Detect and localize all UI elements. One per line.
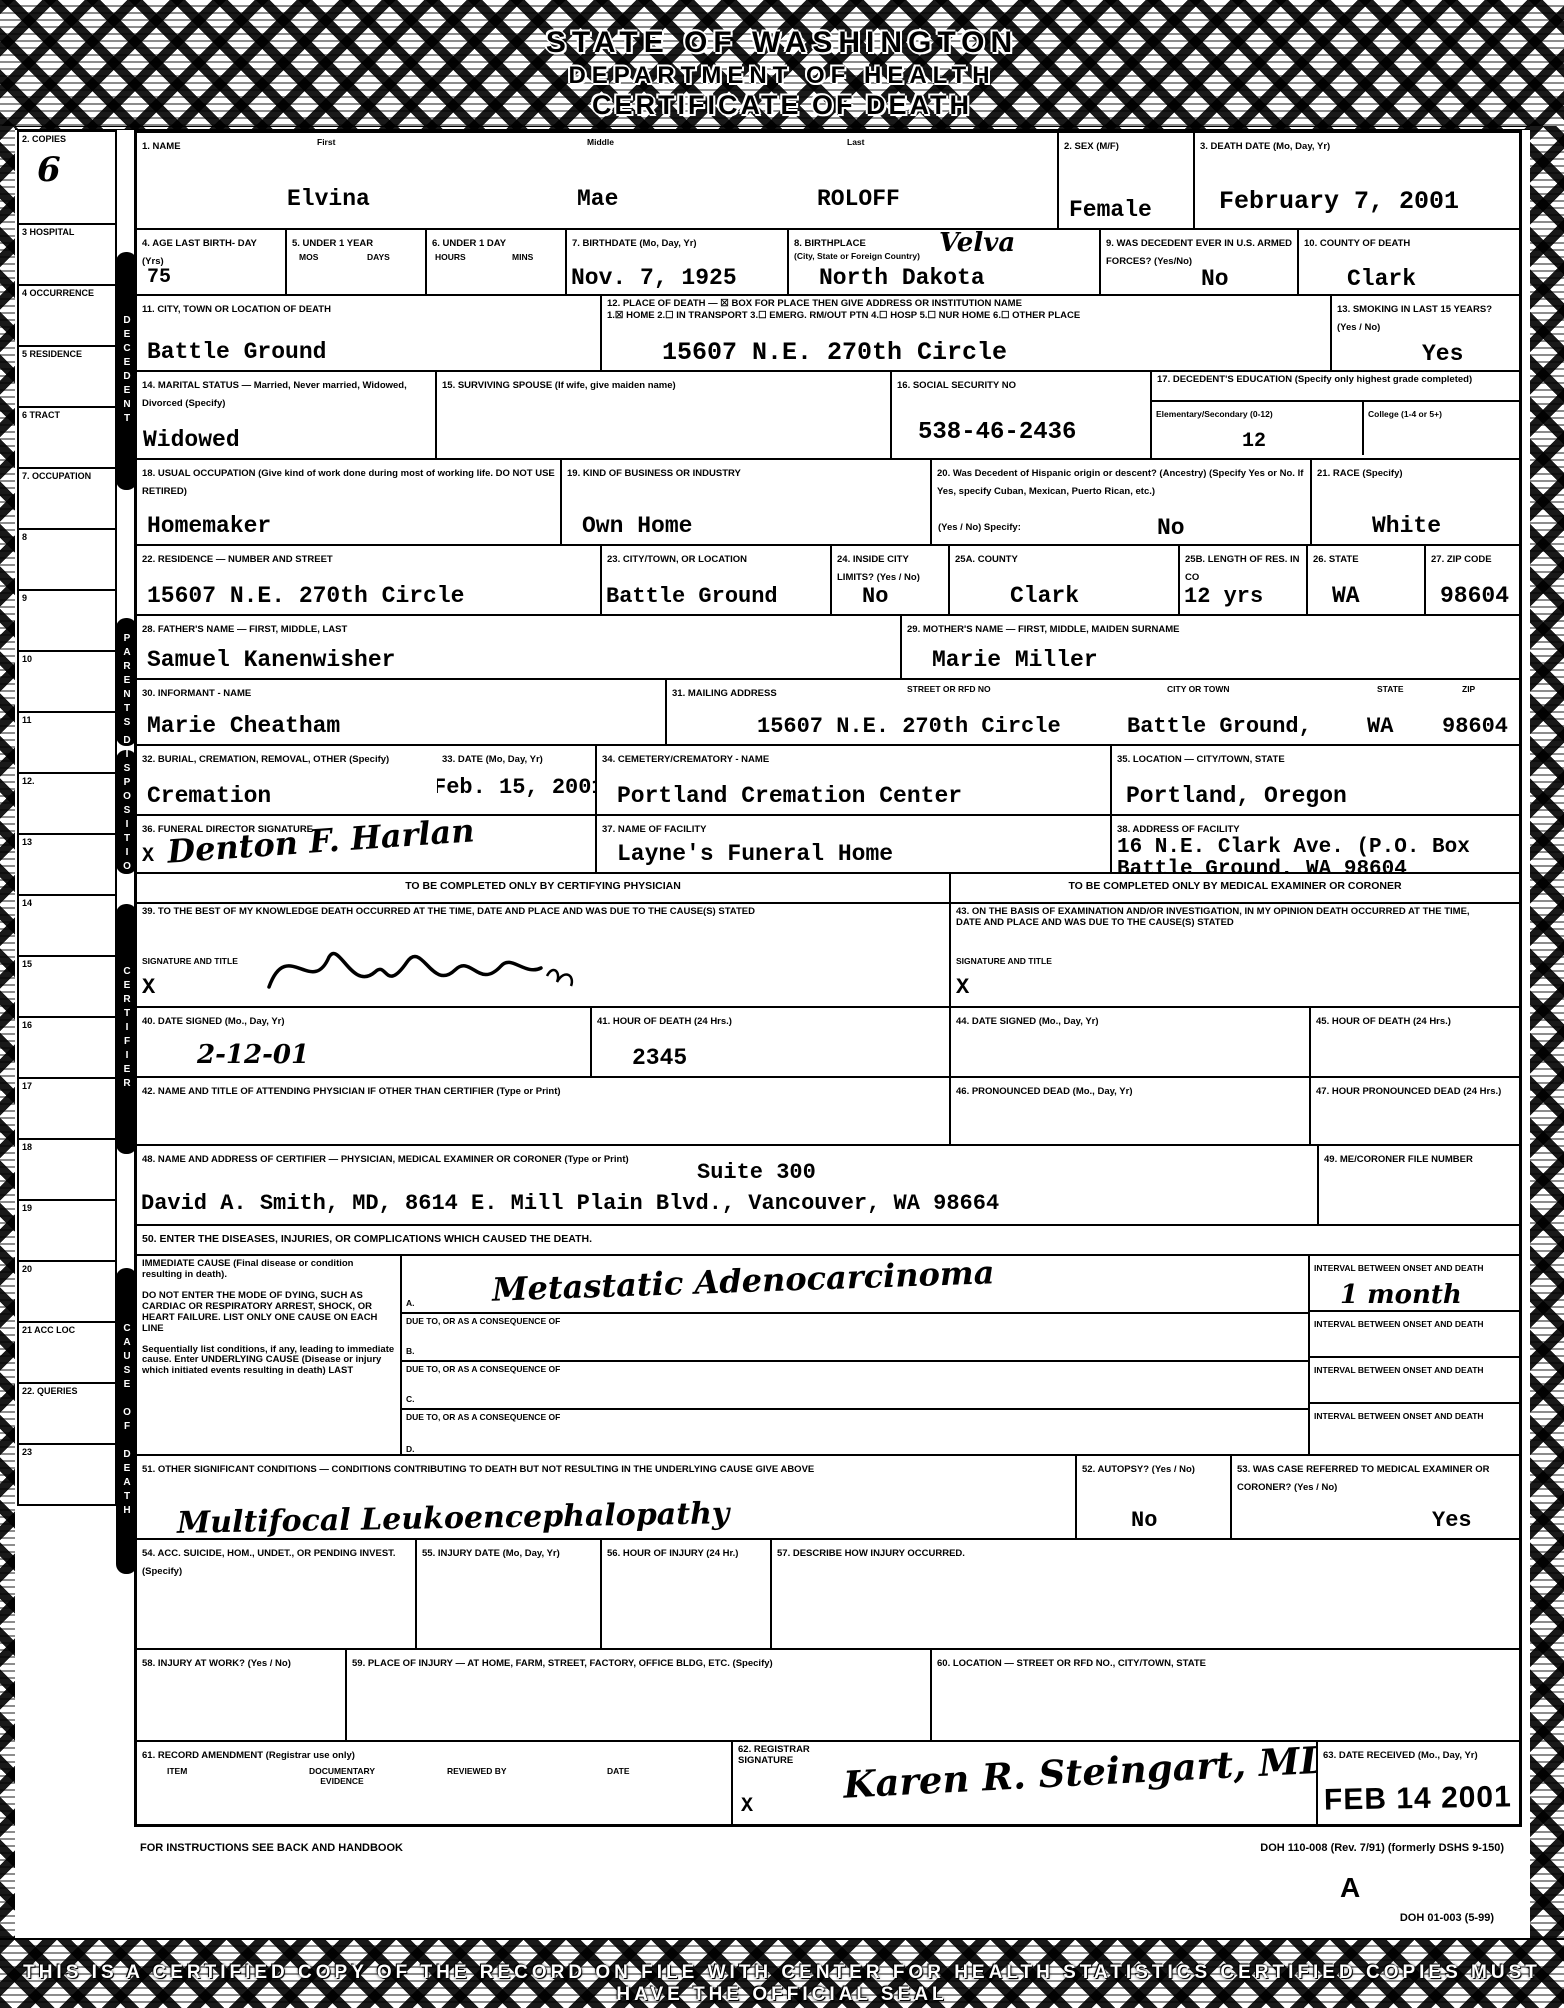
field-mailing-address: 31. MAILING ADDRESS STREET OR RFD NO CIT… [667,680,1519,744]
margin-box-17: 17 [17,1079,117,1140]
marital-status-value: Widowed [143,427,240,453]
margin-box-16: 16 [17,1018,117,1079]
name-first-sublabel: First [317,137,335,147]
birthplace-value: North Dakota [819,265,985,291]
field-sex: 2. SEX (M/F) Female [1059,133,1195,228]
interval-box-b: INTERVAL BETWEEN ONSET AND DEATH [1310,1312,1519,1358]
field-pronounced-dead: 46. PRONOUNCED DEAD (Mo., Day, Yr) [951,1078,1311,1144]
field-place-of-death: 12. PLACE OF DEATH — ☒ BOX FOR PLACE THE… [602,296,1332,370]
ornamental-border-bottom: THIS IS A CERTIFIED COPY OF THE RECORD O… [0,1938,1564,2008]
field-disposition-date: 33. DATE (Mo, Day, Yr) Feb. 15, 2001 [437,746,597,814]
mailing-state-value: WA [1367,714,1393,739]
smoking-value: Yes [1422,341,1463,367]
name-first-value: Elvina [287,186,370,212]
under1yr-days-sublabel: DAYS [367,252,390,262]
residence-street-value: 15607 N.E. 270th Circle [147,583,464,609]
amendment-evidence-sublabel: DOCUMENTARY EVIDENCE [287,1766,397,1786]
field-date-signed-physician: 40. DATE SIGNED (Mo., Day, Yr) 2-12-01 [137,1008,592,1076]
place-of-death-address-value: 15607 N.E. 270th Circle [662,338,1007,367]
field-injury-date: 55. INJURY DATE (Mo, Day, Yr) [417,1540,602,1648]
amendment-reviewed-sublabel: REVIEWED BY [447,1766,507,1776]
section-bar-cause-of-death: CAUSE OF DEATH [116,1268,137,1574]
certificate-title: CERTIFICATE OF DEATH [0,90,1564,121]
field-residence-state: 26. STATE WA [1308,546,1426,614]
margin-box-19: 19 [17,1201,117,1262]
cause-line-d: DUE TO, OR AS A CONSEQUENCE OF D. [402,1410,1308,1454]
field-certifier-name-address: 48. NAME AND ADDRESS OF CERTIFIER — PHYS… [137,1146,1319,1224]
interval-box-d: INTERVAL BETWEEN ONSET AND DEATH [1310,1404,1519,1452]
interval-column: INTERVAL BETWEEN ONSET AND DEATH 1 month… [1310,1256,1519,1454]
field-county-of-death: 10. COUNTY OF DEATH Clark [1299,230,1519,294]
name-last-value: ROLOFF [817,186,900,212]
field-facility-name: 37. NAME OF FACILITY Layne's Funeral Hom… [597,816,1112,872]
cause-line-b: DUE TO, OR AS A CONSEQUENCE OF B. [402,1314,1308,1362]
field-place-of-injury: 59. PLACE OF INJURY — AT HOME, FARM, STR… [347,1650,932,1740]
cause-line-b-letter: B. [406,1346,415,1356]
field-cemetery-crematory: 34. CEMETERY/CREMATORY - NAME Portland C… [597,746,1112,814]
band-certifying-physician: TO BE COMPLETED ONLY BY CERTIFYING PHYSI… [137,874,951,902]
instructions-note: FOR INSTRUCTIONS SEE BACK AND HANDBOOK [140,1842,403,1854]
form-number: DOH 110-008 (Rev. 7/91) (formerly DSHS 9… [1260,1842,1504,1854]
field-education: 17. DECEDENT'S EDUCATION (Specify only h… [1152,372,1519,458]
margin-box-accloc: 21 ACC LOC [17,1323,117,1384]
field-informant: 30. INFORMANT - NAME Marie Cheatham [137,680,667,744]
field-date-received: 63. DATE RECEIVED (Mo., Day, Yr) FEB 14 … [1318,1742,1519,1824]
field-surviving-spouse: 15. SURVIVING SPOUSE (If wife, give maid… [437,372,892,458]
education-elementary: Elementary/Secondary (0-12) 12 [1152,402,1364,455]
father-name-value: Samuel Kanenwisher [147,647,395,673]
margin-box-13: 13 [17,835,117,896]
mailing-street-sublabel: STREET OR RFD NO [907,684,991,694]
margin-box-23: 23 [17,1445,117,1506]
field-hour-of-death: 41. HOUR OF DEATH (24 Hrs.) 2345 [592,1008,951,1076]
field-smoking: 13. SMOKING IN LAST 15 YEARS? (Yes / No)… [1332,296,1519,370]
field-me-coroner-file-number: 49. ME/CORONER FILE NUMBER [1319,1146,1519,1224]
mailing-state-sublabel: STATE [1377,684,1404,694]
field-zip: 27. ZIP CODE 98604 [1426,546,1519,614]
sex-value: Female [1069,197,1152,223]
field-armed-forces: 9. WAS DECEDENT EVER IN U.S. ARMED FORCE… [1101,230,1299,294]
field-age: 4. AGE LAST BIRTH- DAY (Yrs) 75 [137,230,287,294]
field-birthdate: 7. BIRTHDATE (Mo, Day, Yr) Nov. 7, 1925 [567,230,789,294]
field-coroner-certification: 43. ON THE BASIS OF EXAMINATION AND/OR I… [951,904,1519,1006]
field-facility-address: 38. ADDRESS OF FACILITY 16 N.E. Clark Av… [1112,816,1519,872]
residence-state-value: WA [1332,583,1360,609]
margin-box-8: 8 [17,530,117,591]
section-bar-parents: PARENTS [116,618,137,746]
margin-box-14: 14 [17,896,117,957]
city-of-death-value: Battle Ground [147,339,326,365]
field-registrar-signature: 62. REGISTRAR SIGNATURE X Karen R. Stein… [733,1742,1318,1824]
cemetery-crematory-value: Portland Cremation Center [617,783,962,809]
ornamental-border-right [1530,126,1564,1938]
field-ssn: 16. SOCIAL SECURITY NO 538-46-2436 [892,372,1152,458]
state-title: STATE OF WASHINGTON [0,26,1564,60]
margin-box-residence: 5 RESIDENCE [17,347,117,408]
ornamental-border-left [0,126,15,1938]
cause-line-a: A. Metastatic Adenocarcinoma [402,1256,1308,1314]
race-value: White [1372,513,1441,539]
interval-box-a: INTERVAL BETWEEN ONSET AND DEATH 1 month [1310,1256,1519,1312]
cause-line-d-letter: D. [406,1444,415,1454]
coroner-signature-sublabel: SIGNATURE AND TITLE [956,956,1052,966]
field-father-name: 28. FATHER'S NAME — FIRST, MIDDLE, LAST … [137,616,902,678]
coroner-x-mark: X [956,975,969,1000]
physician-signature-sublabel: SIGNATURE AND TITLE [142,956,238,966]
under1yr-mos-sublabel: MOS [299,252,318,262]
funeral-director-x-mark: X [142,845,154,868]
certificate-form: 1. NAME First Middle Last Elvina Mae ROL… [134,130,1522,1827]
physician-x-mark: X [142,975,155,1000]
disposition-type-value: Cremation [147,783,271,809]
margin-box-copies: 2. COPIES6 [17,130,117,225]
field-cause-of-death-header: 50. ENTER THE DISEASES, INJURIES, OR COM… [137,1226,1519,1254]
registrar-x-mark: X [741,1795,753,1818]
other-significant-conditions-value: Multifocal Leukoencephalopathy [177,1496,730,1538]
section-bar-disposition: DISPOSITION [116,750,137,874]
mailing-city-value: Battle Ground, [1127,714,1312,739]
date-signed-physician-value: 2-12-01 [197,1040,309,1070]
due-to-label-d: DUE TO, OR AS A CONSEQUENCE OF [402,1410,1308,1424]
mailing-street-value: 15607 N.E. 270th Circle [757,714,1061,739]
page-letter: A [1340,1872,1360,1904]
county-of-death-value: Clark [1347,266,1416,292]
field-attending-physician: 42. NAME AND TITLE OF ATTENDING PHYSICIA… [137,1078,951,1144]
field-disposition-type: 32. BURIAL, CREMATION, REMOVAL, OTHER (S… [137,746,437,814]
cause-line-a-value: Metastatic Adenocarcinoma [491,1256,995,1309]
name-last-sublabel: Last [847,137,864,147]
field-hour-of-death-coroner: 45. HOUR OF DEATH (24 Hrs.) [1311,1008,1519,1076]
field-case-referred: 53. WAS CASE REFERRED TO MEDICAL EXAMINE… [1232,1456,1519,1538]
cause-line-c-letter: C. [406,1394,415,1404]
facility-name-value: Layne's Funeral Home [617,841,893,867]
place-of-death-options: 1.☒ HOME 2.☐ IN TRANSPORT 3.☐ EMERG. RM/… [607,311,1325,322]
margin-box-tract: 6 TRACT [17,408,117,469]
margin-box-18: 18 [17,1140,117,1201]
field-city-of-death: 11. CITY, TOWN OR LOCATION OF DEATH Batt… [137,296,602,370]
hispanic-origin-value: No [1157,515,1185,541]
field-race: 21. RACE (Specify) White [1312,460,1519,544]
birthplace-city-handwritten: Velva [939,230,1015,258]
age-value: 75 [147,266,171,289]
field-funeral-director-signature: 36. FUNERAL DIRECTOR SIGNATURE X Denton … [137,816,597,872]
field-hispanic-origin: 20. Was Decedent of Hispanic origin or d… [932,460,1312,544]
field-other-significant-conditions: 51. OTHER SIGNIFICANT CONDITIONS — CONDI… [137,1456,1077,1538]
field-residence-street: 22. RESIDENCE — NUMBER AND STREET 15607 … [137,546,602,614]
field-inside-city-limits: 24. INSIDE CITY LIMITS? (Yes / No) No [832,546,950,614]
hispanic-specify-sublabel: (Yes / No) Specify: [938,523,1021,534]
due-to-label-c: DUE TO, OR AS A CONSEQUENCE OF [402,1362,1308,1376]
armed-forces-value: No [1201,266,1229,292]
margin-box-9: 9 [17,591,117,652]
name-middle-sublabel: Middle [587,137,614,147]
residence-city-value: Battle Ground [606,584,778,609]
education-elementary-value: 12 [1242,430,1266,453]
facility-address-line2: Battle Ground, WA 98604 [1117,859,1514,872]
margin-box-occurrence: 4 OCCURRENCE [17,286,117,347]
field-autopsy: 52. AUTOPSY? (Yes / No) No [1077,1456,1232,1538]
field-business-industry: 19. KIND OF BUSINESS OR INDUSTRY Own Hom… [562,460,932,544]
margin-box-15: 15 [17,957,117,1018]
due-to-label-b: DUE TO, OR AS A CONSEQUENCE OF [402,1314,1308,1328]
length-of-residence-value: 12 yrs [1184,584,1263,609]
margin-box-20: 20 [17,1262,117,1323]
business-industry-value: Own Home [582,513,692,539]
margin-box-hospital: 3 HOSPITAL [17,225,117,286]
name-middle-value: Mae [577,186,618,212]
margin-box-12: 12. [17,774,117,835]
facility-address-line1: 16 N.E. Clark Ave. (P.O. Box [1117,837,1514,859]
interval-box-c: INTERVAL BETWEEN ONSET AND DEATH [1310,1358,1519,1404]
birthdate-value: Nov. 7, 1925 [571,265,737,291]
cause-line-a-letter: A. [406,1298,415,1308]
department-title: DEPARTMENT OF HEALTH [0,62,1564,90]
registrar-margin-column: 2. COPIES6 3 HOSPITAL 4 OCCURRENCE 5 RES… [17,130,117,1506]
field-physician-certification: 39. TO THE BEST OF MY KNOWLEDGE DEATH OC… [137,904,951,1006]
field-marital-status: 14. MARITAL STATUS — Married, Never marr… [137,372,437,458]
doc-number: DOH 01-003 (5-99) [1400,1912,1494,1924]
margin-box-11: 11 [17,713,117,774]
hour-of-death-value: 2345 [632,1045,687,1071]
mailing-zip-sublabel: ZIP [1462,684,1475,694]
under1day-mins-sublabel: MINS [512,252,533,262]
field-under-1-year: 5. UNDER 1 YEAR MOS DAYS [287,230,427,294]
field-mother-name: 29. MOTHER'S NAME — FIRST, MIDDLE, MAIDE… [902,616,1519,678]
sequential-note: Sequentially list conditions, if any, le… [142,1345,395,1378]
ornamental-border-top: STATE OF WASHINGTON DEPARTMENT OF HEALTH… [0,0,1564,130]
field-injury-at-work: 58. INJURY AT WORK? (Yes / No) [137,1650,347,1740]
section-bar-certifier: CERTIFIER [116,904,137,1154]
mailing-city-sublabel: CITY OR TOWN [1167,684,1230,694]
mode-of-dying-note: DO NOT ENTER THE MODE OF DYING, SUCH AS … [142,1291,395,1335]
copies-count: 6 [37,150,61,190]
disposition-location-value: Portland, Oregon [1126,783,1347,809]
education-college: College (1-4 or 5+) [1364,402,1519,455]
autopsy-value: No [1131,1508,1157,1533]
registrar-signature-value: Karen R. Steingart, MD [842,1742,1318,1807]
death-date-value: February 7, 2001 [1219,187,1459,216]
field-how-injury-occurred: 57. DESCRIBE HOW INJURY OCCURRED. [772,1540,1519,1648]
immediate-cause-note: IMMEDIATE CAUSE (Final disease or condit… [142,1259,395,1281]
cause-instructions-column: IMMEDIATE CAUSE (Final disease or condit… [137,1256,402,1454]
death-certificate-page: STATE OF WASHINGTON DEPARTMENT OF HEALTH… [0,0,1564,2008]
field-hour-pronounced-dead: 47. HOUR PRONOUNCED DEAD (24 Hrs.) [1311,1078,1519,1144]
field-residence-city: 23. CITY/TOWN, OR LOCATION Battle Ground [602,546,832,614]
field-name: 1. NAME First Middle Last Elvina Mae ROL… [137,133,1059,228]
interval-a-value: 1 month [1340,1280,1462,1310]
field-usual-occupation: 18. USUAL OCCUPATION (Give kind of work … [137,460,562,544]
amendment-date-sublabel: DATE [607,1766,630,1776]
margin-box-queries: 22. QUERIES [17,1384,117,1445]
certified-copy-band-text: THIS IS A CERTIFIED COPY OF THE RECORD O… [0,1962,1564,2006]
mother-name-value: Marie Miller [932,647,1098,673]
field-manner-of-death: 54. ACC. SUICIDE, HOM., UNDET., OR PENDI… [137,1540,417,1648]
case-referred-value: Yes [1432,1508,1472,1533]
residence-county-value: Clark [1010,583,1079,609]
field-under-1-day: 6. UNDER 1 DAY HOURS MINS [427,230,567,294]
date-received-stamp: FEB 14 2001 [1324,1780,1512,1817]
mailing-zip-value: 98604 [1442,714,1508,739]
field-record-amendment: 61. RECORD AMENDMENT (Registrar use only… [137,1742,733,1824]
field-date-signed-coroner: 44. DATE SIGNED (Mo., Day, Yr) [951,1008,1311,1076]
section-bar-decedent: DECEDENT [116,252,137,490]
field-birthplace: 8. BIRTHPLACE Velva (City, State or Fore… [789,230,1101,294]
field-death-date: 3. DEATH DATE (Mo, Day, Yr) February 7, … [1195,133,1519,228]
field-length-of-residence: 25B. LENGTH OF RES. IN CO 12 yrs [1180,546,1308,614]
band-medical-examiner: TO BE COMPLETED ONLY BY MEDICAL EXAMINER… [951,874,1519,902]
certifier-name-address-value: David A. Smith, MD, 8614 E. Mill Plain B… [141,1191,999,1216]
inside-city-limits-value: No [862,584,888,609]
margin-box-10: 10 [17,652,117,713]
margin-box-occupation: 7. OCCUPATION [17,469,117,530]
zip-value: 98604 [1440,583,1509,609]
under1day-hours-sublabel: HOURS [435,252,466,262]
field-hour-of-injury: 56. HOUR OF INJURY (24 Hr.) [602,1540,772,1648]
disposition-date-value: Feb. 15, 2001 [437,775,597,800]
field-injury-location: 60. LOCATION — STREET OR RFD NO., CITY/T… [932,1650,1519,1740]
cause-line-c: DUE TO, OR AS A CONSEQUENCE OF C. [402,1362,1308,1410]
field-residence-county: 25A. COUNTY Clark [950,546,1180,614]
cause-lines-column: A. Metastatic Adenocarcinoma DUE TO, OR … [402,1256,1310,1454]
amendment-item-sublabel: ITEM [167,1766,187,1776]
informant-value: Marie Cheatham [147,713,340,739]
usual-occupation-value: Homemaker [147,513,271,539]
ssn-value: 538-46-2436 [918,419,1076,446]
field-disposition-location: 35. LOCATION — CITY/TOWN, STATE Portland… [1112,746,1519,814]
physician-signature-scribble [257,932,587,1002]
